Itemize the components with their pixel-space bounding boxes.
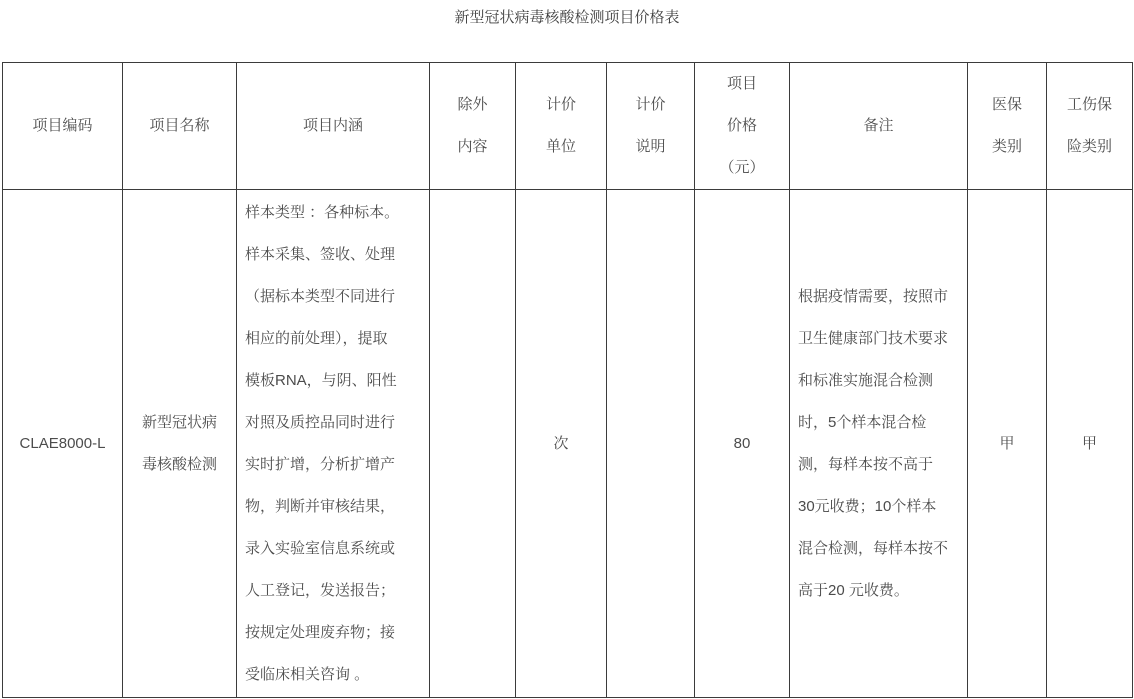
col-header-pricing-note: 计价 说明 [607, 63, 695, 190]
table-header-row: 项目编码 项目名称 项目内涵 除外 内容 计价 单位 计价 说明 项目 价格 （… [3, 63, 1133, 190]
cell-pricing-note [607, 190, 695, 698]
cell-exclusions [430, 190, 516, 698]
col-header-exclusions: 除外 内容 [430, 63, 516, 190]
cell-project-code: CLAE8000-L [3, 190, 123, 698]
cell-project-name: 新型冠状病 毒核酸检测 [123, 190, 237, 698]
cell-project-content: 样本类型 ：各种标本。 样本采集、签收、处理 （据标本类型不同进行 相应的前处理… [237, 190, 430, 698]
col-header-project-price-yuan: 项目 价格 （元） [695, 63, 790, 190]
col-header-project-name: 项目名称 [123, 63, 237, 190]
cell-pricing-unit: 次 [516, 190, 607, 698]
cell-remarks: 根据疫情需要，按照市 卫生健康部门技术要求 和标准实施混合检测 时，5个样本混合… [790, 190, 968, 698]
cell-injury-insurance-category: 甲 [1047, 190, 1133, 698]
cell-medicare-category: 甲 [968, 190, 1047, 698]
page-title: 新型冠状病毒核酸检测项目价格表 [0, 0, 1134, 27]
col-header-project-code: 项目编码 [3, 63, 123, 190]
page: 新型冠状病毒核酸检测项目价格表 项目编码 项目名称 项目内涵 除外 内容 计价 … [0, 0, 1134, 699]
col-header-project-content: 项目内涵 [237, 63, 430, 190]
col-header-injury-insurance-category: 工伤保 险类别 [1047, 63, 1133, 190]
col-header-pricing-unit: 计价 单位 [516, 63, 607, 190]
cell-project-price-yuan: 80 [695, 190, 790, 698]
price-table: 项目编码 项目名称 项目内涵 除外 内容 计价 单位 计价 说明 项目 价格 （… [2, 62, 1133, 698]
table-row: CLAE8000-L 新型冠状病 毒核酸检测 样本类型 ：各种标本。 样本采集、… [3, 190, 1133, 698]
col-header-medicare-category: 医保 类别 [968, 63, 1047, 190]
col-header-remarks: 备注 [790, 63, 968, 190]
